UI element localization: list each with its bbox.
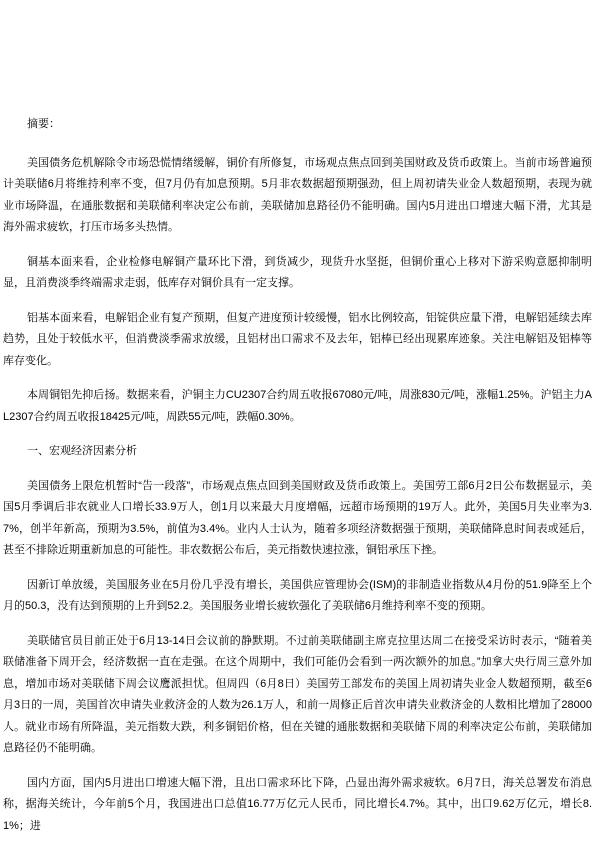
paragraph-china-trade-data: 国内方面，国内5月进出口增速大幅下滑，且出口需求环比下降，凸显出海外需求疲软。6… bbox=[3, 773, 592, 838]
summary-paragraph-aluminum-fundamentals: 铝基本面来看，电解铝企业有复产预期，但复产进度预计较缓慢，铝水比例较高，铝锭供应… bbox=[3, 308, 592, 373]
summary-label: 摘要： bbox=[3, 114, 592, 136]
paragraph-us-services-ism: 因新订单放缓，美国服务业在5月份几乎没有增长，美国供应管理协会(ISM)的非制造… bbox=[3, 575, 592, 618]
summary-paragraph-weekly-prices: 本周铜铝先抑后扬。数据来看，沪铜主力CU2307合约周五收报67080元/吨，周… bbox=[3, 385, 592, 428]
report-document-page: 摘要： 美国债务危机解除令市场恐慌情绪缓解，铜价有所修复，市场观点焦点回到美国财… bbox=[0, 0, 595, 842]
paragraph-us-nonfarm-data: 美国债务上限危机暂时“告一段落”，市场观点焦点回到美国财政及货币政策上。美国劳工… bbox=[3, 476, 592, 562]
paragraph-fed-jobless-claims: 美联储官员目前正处于6月13-14日会议前的静默期。不过前美联储副主席克拉里达周… bbox=[3, 631, 592, 760]
summary-paragraph-macro: 美国债务危机解除令市场恐慌情绪缓解，铜价有所修复，市场观点焦点回到美国财政及货币… bbox=[3, 153, 592, 239]
section-heading-macro-analysis: 一、宏观经济因素分析 bbox=[3, 441, 592, 463]
summary-paragraph-copper-fundamentals: 铜基本面来看，企业检修电解铜产量环比下滑，到货减少，现货升水坚挺，但铜价重心上移… bbox=[3, 252, 592, 295]
